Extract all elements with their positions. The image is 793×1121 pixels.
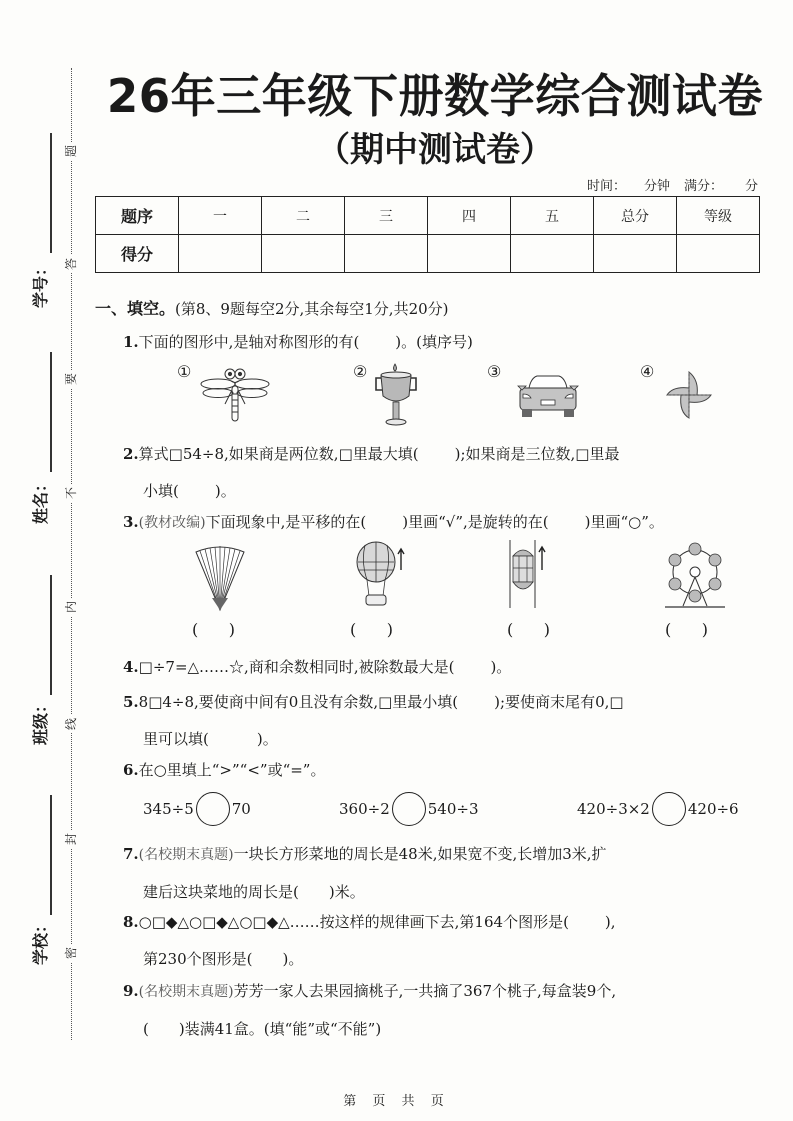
- comparison-right: 420÷6: [688, 800, 739, 818]
- seal-char: 题: [62, 142, 80, 160]
- score-cell[interactable]: [262, 235, 345, 273]
- seal-dotted-line: [71, 68, 72, 1040]
- elevator-icon: [507, 540, 547, 610]
- question-text: )。(填序号): [395, 333, 473, 351]
- figure-car: ③: [487, 362, 577, 432]
- figure-index: ②: [353, 362, 367, 381]
- class-label: 班级：: [30, 685, 52, 745]
- section-note: (第8、9题每空2分,其余每空1分,共20分): [175, 300, 449, 318]
- full-score-unit: 分: [745, 175, 758, 194]
- hot-air-balloon-icon: [353, 540, 409, 610]
- question-continuation: ()装满41盒。(填“能”或“不能”): [123, 1019, 763, 1039]
- question-text: 建后这块菜地的周长是(: [143, 883, 299, 901]
- figure-trophy: ②: [353, 362, 443, 432]
- score-cell[interactable]: [179, 235, 262, 273]
- question-number: 9.: [123, 982, 139, 1000]
- comparison-item: 360÷2 540÷3: [339, 792, 479, 826]
- class-underline[interactable]: [50, 575, 52, 695]
- score-table-header-row: 题序 一 二 三 四 五 总分 等级: [96, 197, 760, 235]
- question-source: (名校期末真题): [139, 984, 234, 1000]
- question-text: 算式□54÷8,如果商是两位数,□里最大填(: [139, 445, 419, 463]
- student-id-label: 学号：: [30, 248, 52, 308]
- question-number: 2.: [123, 445, 139, 463]
- school-label: 学校：: [30, 905, 52, 965]
- question-text: )里画“√”,是旋转的在(: [402, 513, 548, 531]
- comparison-left: 360÷2: [339, 800, 390, 818]
- score-cell[interactable]: [345, 235, 428, 273]
- section-fill-in: 一、填空。(第8、9题每空2分,其余每空1分,共20分) 1.下面的图形中,是轴…: [95, 296, 765, 322]
- question-text: 一块长方形菜地的周长是48米,如果宽不变,长增加3米,扩: [234, 845, 607, 863]
- question-number: 3.: [123, 513, 139, 531]
- score-table-score-row: 得分: [96, 235, 760, 273]
- answer-paren[interactable]: ( ): [192, 620, 235, 639]
- header-cell: 四: [428, 197, 511, 235]
- question-text: ○□◆△○□◆△○□◆△……按这样的规律画下去,第164个图形是(: [139, 913, 569, 931]
- score-cell[interactable]: [594, 235, 677, 273]
- question-number: 6.: [123, 761, 139, 779]
- comparison-circle[interactable]: [392, 792, 426, 826]
- question-number: 8.: [123, 913, 139, 931]
- question-6: 6.在○里填上“>”“<”或“=”。: [123, 760, 763, 780]
- student-id-underline[interactable]: [50, 133, 52, 253]
- folding-fan-icon: [190, 540, 250, 615]
- score-cell[interactable]: [511, 235, 594, 273]
- question-text: ),: [605, 913, 616, 931]
- time-unit: 分钟: [644, 175, 670, 194]
- score-cell[interactable]: [428, 235, 511, 273]
- seal-char: 答: [62, 255, 80, 273]
- answer-paren[interactable]: ( ): [665, 620, 708, 639]
- question-7: 7.(名校期末真题)一块长方形菜地的周长是48米,如果宽不变,长增加3米,扩 建…: [123, 844, 763, 902]
- figure-index: ③: [487, 362, 501, 381]
- question-text: )。: [490, 658, 511, 676]
- seal-char: 内: [62, 598, 80, 616]
- page-title: 26年三年级下册数学综合测试卷: [107, 60, 764, 126]
- full-score-blank[interactable]: [723, 175, 745, 194]
- question-3: 3.(教材改编)下面现象中,是平移的在()里画“√”,是旋转的在()里画“○”。: [123, 512, 763, 533]
- question-text: )米。: [329, 883, 365, 901]
- section-title: 一、填空。: [95, 299, 175, 318]
- seal-char: 密: [62, 944, 80, 962]
- time-blank[interactable]: [626, 175, 644, 194]
- question-text: □÷7=△……☆,商和余数相同时,被除数最大是(: [139, 658, 455, 676]
- figure-dragonfly: ①: [177, 362, 277, 428]
- question-text: );如果商是三位数,□里最: [455, 445, 620, 463]
- seal-char: 线: [62, 715, 80, 733]
- comparison-item: 345÷5 70: [143, 792, 251, 826]
- header-cell: 五: [511, 197, 594, 235]
- header-cell: 等级: [677, 197, 760, 235]
- question-text: 8□4÷8,要使商中间有0且没有余数,□里最小填(: [139, 693, 458, 711]
- question-number: 7.: [123, 845, 139, 863]
- question-text: )里画“○”。: [585, 513, 664, 531]
- student-name-underline[interactable]: [50, 352, 52, 472]
- question-text: )。: [215, 482, 236, 500]
- page-subtitle: （期中测试卷）: [100, 122, 770, 171]
- section-heading: 一、填空。(第8、9题每空2分,其余每空1分,共20分): [95, 296, 765, 322]
- question-text: )装满41盒。(填“能”或“不能”): [179, 1020, 381, 1038]
- question-text: )。: [257, 730, 278, 748]
- question-text: 在○里填上“>”“<”或“=”。: [139, 761, 326, 779]
- comparison-circle[interactable]: [196, 792, 230, 826]
- question-8: 8.○□◆△○□◆△○□◆△……按这样的规律画下去,第164个图形是(), 第2…: [123, 912, 763, 969]
- score-row-label: 得分: [96, 235, 179, 273]
- exam-meta: 时间： 分钟 满分： 分: [587, 175, 758, 194]
- comparison-left: 420÷3×2: [577, 800, 650, 818]
- question-text: )。: [282, 950, 303, 968]
- figure-index: ④: [640, 362, 654, 381]
- question-continuation: 小填()。: [123, 481, 763, 501]
- q3-figures: ( ) ( ) ( ) ( ): [95, 540, 765, 645]
- seal-char: 封: [62, 830, 80, 848]
- score-table: 题序 一 二 三 四 五 总分 等级 得分: [95, 196, 760, 273]
- figure-index: ①: [177, 362, 191, 381]
- header-cell: 二: [262, 197, 345, 235]
- pinwheel-icon: [665, 368, 713, 422]
- question-number: 5.: [123, 693, 139, 711]
- comparison-circle[interactable]: [652, 792, 686, 826]
- question-source: (名校期末真题): [139, 847, 234, 863]
- school-underline[interactable]: [50, 795, 52, 915]
- question-text: 下面的图形中,是轴对称图形的有(: [139, 333, 360, 351]
- question-source: (教材改编): [139, 515, 206, 531]
- time-label: 时间：: [587, 175, 626, 194]
- question-continuation: 里可以填()。: [123, 729, 763, 749]
- question-text: 第230个图形是(: [143, 950, 252, 968]
- question-text: 里可以填(: [143, 730, 209, 748]
- question-number: 4.: [123, 658, 139, 676]
- header-cell: 题序: [96, 197, 179, 235]
- question-text: (: [143, 1020, 149, 1038]
- question-1: 1.下面的图形中,是轴对称图形的有()。(填序号): [123, 332, 763, 352]
- question-text: 小填(: [143, 482, 179, 500]
- comparison-left: 345÷5: [143, 800, 194, 818]
- dragonfly-icon: [199, 366, 271, 424]
- question-text: );要使商末尾有0,□: [494, 693, 623, 711]
- comparison-item: 420÷3×2 420÷6: [577, 792, 739, 826]
- question-text: 芳芳一家人去果园摘桃子,一共摘了367个桃子,每盒装9个,: [234, 982, 616, 1000]
- question-5: 5.8□4÷8,要使商中间有0且没有余数,□里最小填();要使商末尾有0,□ 里…: [123, 692, 763, 749]
- trophy-icon: [373, 362, 419, 428]
- score-cell[interactable]: [677, 235, 760, 273]
- question-2: 2.算式□54÷8,如果商是两位数,□里最大填();如果商是三位数,□里最 小填…: [123, 444, 763, 501]
- header-cell: 总分: [594, 197, 677, 235]
- comparison-right: 540÷3: [428, 800, 479, 818]
- question-9: 9.(名校期末真题)芳芳一家人去果园摘桃子,一共摘了367个桃子,每盒装9个, …: [123, 981, 763, 1039]
- answer-paren[interactable]: ( ): [350, 620, 393, 639]
- ferris-wheel-icon: [665, 540, 725, 610]
- figure-pinwheel: ④: [640, 362, 730, 432]
- comparison-row: 345÷5 70 360÷2 540÷3 420÷3×2 420÷6: [143, 792, 763, 832]
- question-continuation: 建后这块菜地的周长是()米。: [123, 882, 763, 902]
- question-text: 下面现象中,是平移的在(: [206, 513, 367, 531]
- header-cell: 三: [345, 197, 428, 235]
- full-score-label: 满分：: [684, 175, 723, 194]
- q1-figures: ① ②: [95, 362, 765, 432]
- seal-char: 要: [62, 370, 80, 388]
- page-footer: 第 页 共 页: [0, 1090, 793, 1109]
- question-continuation: 第230个图形是()。: [123, 949, 763, 969]
- student-name-label: 姓名：: [30, 464, 52, 524]
- question-4: 4.□÷7=△……☆,商和余数相同时,被除数最大是()。: [123, 657, 763, 677]
- comparison-right: 70: [232, 800, 251, 818]
- header-cell: 一: [179, 197, 262, 235]
- seal-char: 不: [62, 484, 80, 502]
- car-icon: [517, 372, 579, 418]
- question-number: 1.: [123, 333, 139, 351]
- answer-paren[interactable]: ( ): [507, 620, 550, 639]
